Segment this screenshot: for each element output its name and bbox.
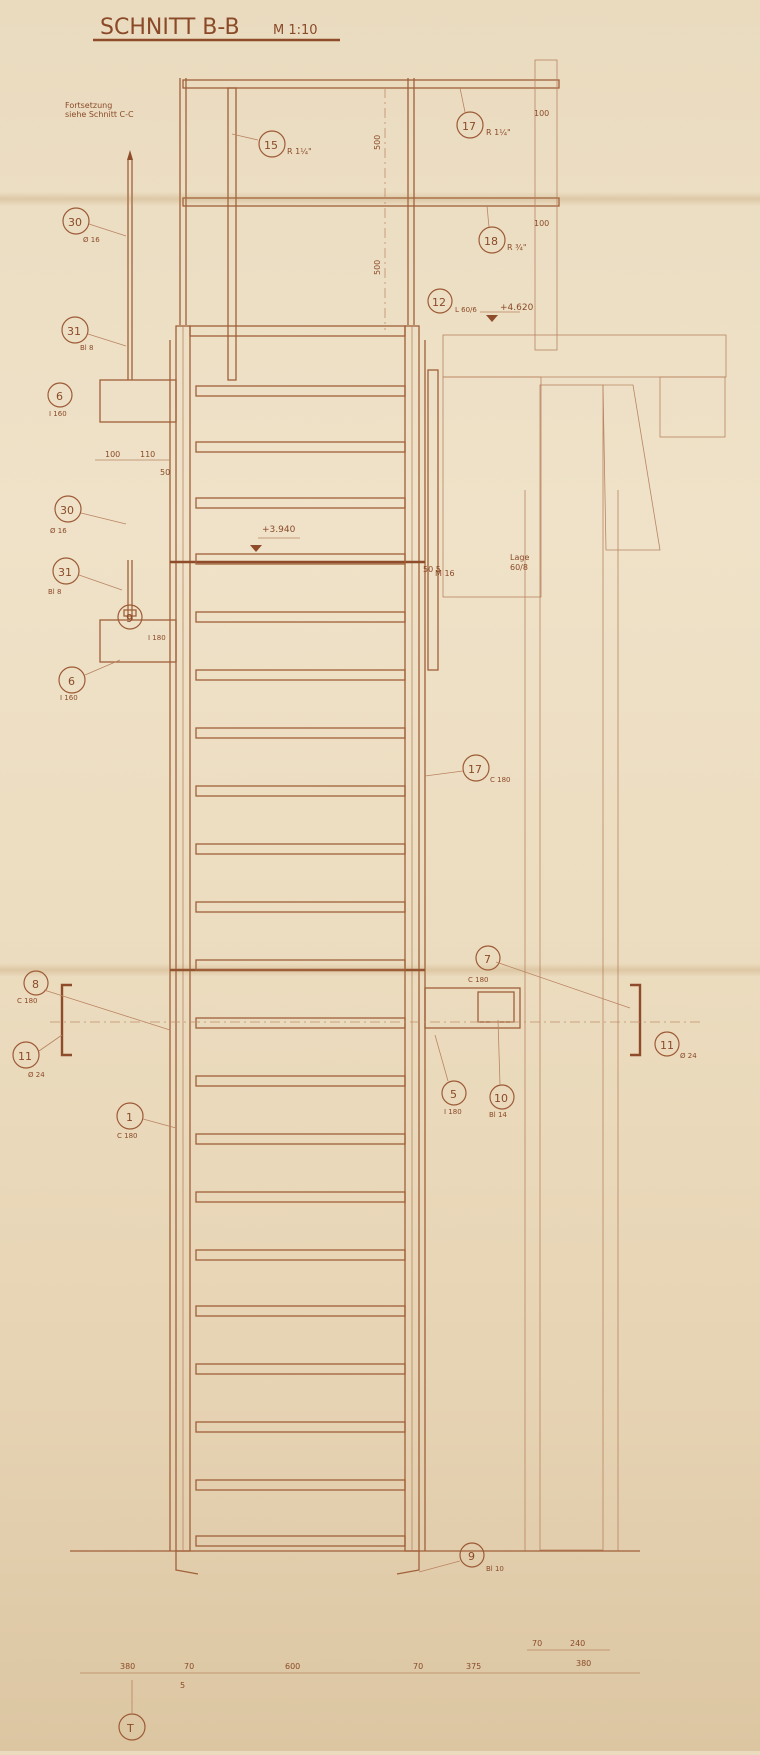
svg-text:9: 9	[126, 612, 133, 625]
svg-text:10: 10	[494, 1092, 508, 1105]
svg-text:I 160: I 160	[49, 410, 67, 418]
callout-11-right: 11Ø 24	[655, 1032, 697, 1060]
callout-1: 1C 180	[117, 1103, 143, 1140]
svg-text:100: 100	[105, 450, 120, 459]
bottom-dimensions: 380 70 600 70 375 380 5 70 240	[80, 1639, 640, 1690]
svg-text:6: 6	[56, 390, 63, 403]
paper-fold	[0, 963, 760, 977]
svg-text:11: 11	[660, 1039, 674, 1052]
svg-text:31: 31	[67, 325, 81, 338]
svg-text:siehe Schnitt C-C: siehe Schnitt C-C	[65, 110, 134, 119]
svg-text:I 180: I 180	[148, 634, 166, 642]
svg-text:C 180: C 180	[468, 976, 488, 984]
svg-text:T: T	[126, 1722, 134, 1735]
continuation-note: Fortsetzung siehe Schnitt C-C	[65, 101, 134, 119]
title-text: SCHNITT B-B	[100, 15, 240, 40]
svg-text:100: 100	[534, 219, 549, 228]
svg-text:30: 30	[60, 504, 74, 517]
callout-31-mid: 31Bl 8	[48, 558, 79, 596]
svg-text:12: 12	[432, 296, 446, 309]
callout-30-mid: 30Ø 16	[50, 496, 81, 535]
svg-text:380: 380	[120, 1662, 135, 1671]
svg-text:1: 1	[126, 1111, 133, 1124]
svg-text:Lage: Lage	[510, 553, 529, 562]
svg-text:110: 110	[140, 450, 155, 459]
svg-text:50: 50	[160, 468, 170, 477]
svg-text:9: 9	[468, 1550, 475, 1563]
callout-12: 12L 60/6	[428, 289, 477, 314]
svg-text:375: 375	[466, 1662, 481, 1671]
svg-text:70: 70	[184, 1662, 194, 1671]
svg-text:I 180: I 180	[444, 1108, 462, 1116]
drawing-title: SCHNITT B-B M 1:10	[93, 15, 340, 40]
callout-9-bottom: 9Bl 10	[460, 1543, 504, 1573]
svg-text:600: 600	[285, 1662, 300, 1671]
svg-text:380: 380	[576, 1659, 591, 1668]
paper-fold	[0, 192, 760, 206]
svg-text:Fortsetzung: Fortsetzung	[65, 101, 112, 110]
svg-text:17: 17	[462, 120, 476, 133]
svg-text:100: 100	[534, 109, 549, 118]
svg-text:50 5: 50 5	[423, 565, 441, 574]
svg-text:C 180: C 180	[117, 1132, 137, 1140]
callout-17-mid: 17C 180	[463, 755, 510, 784]
callout-5: 5I 180	[442, 1081, 466, 1116]
svg-text:Bl 14: Bl 14	[489, 1111, 507, 1119]
walls	[70, 60, 726, 1551]
svg-text:5: 5	[450, 1088, 457, 1101]
svg-text:R 1¼": R 1¼"	[287, 147, 312, 156]
svg-text:Bl 8: Bl 8	[48, 588, 61, 596]
svg-text:240: 240	[570, 1639, 585, 1648]
svg-text:C 180: C 180	[490, 776, 510, 784]
svg-text:60/8: 60/8	[510, 563, 528, 572]
svg-text:18: 18	[484, 235, 498, 248]
position-callouts: 15R 1¼" 17R 1¼" 18R ¾" 12L 60/6 30Ø 16 3…	[13, 112, 697, 1573]
callout-18: 18R ¾"	[479, 227, 527, 253]
callout-6-top: 6I 160	[48, 383, 72, 418]
dimensions: 100 100 500 500 100 110 50 50 5	[95, 109, 549, 574]
callout-17-top: 17R 1¼"	[457, 112, 511, 138]
callout-6-mid: 6I 160	[59, 667, 85, 702]
svg-text:11: 11	[18, 1050, 32, 1063]
svg-text:Ø 16: Ø 16	[50, 527, 67, 535]
svg-text:17: 17	[468, 763, 482, 776]
svg-text:L 60/6: L 60/6	[455, 306, 477, 314]
svg-text:70: 70	[413, 1662, 423, 1671]
svg-text:31: 31	[58, 566, 72, 579]
axis-marker: T	[119, 1680, 145, 1740]
svg-text:500: 500	[373, 135, 382, 150]
svg-text:Ø 16: Ø 16	[83, 236, 100, 244]
svg-text:C 180: C 180	[17, 997, 37, 1005]
svg-text:R ¾": R ¾"	[507, 243, 527, 252]
level-landing: +3.940	[262, 525, 296, 535]
svg-text:15: 15	[264, 139, 278, 152]
svg-text:30: 30	[68, 216, 82, 229]
svg-text:R 1¼": R 1¼"	[486, 128, 511, 137]
stringers	[170, 326, 425, 1574]
drawing-sheet: SCHNITT B-B M 1:10 Fortsetzung siehe Sch…	[0, 0, 760, 1751]
svg-text:70: 70	[532, 1639, 542, 1648]
svg-text:Ø 24: Ø 24	[28, 1071, 45, 1079]
svg-text:500: 500	[373, 260, 382, 275]
callout-11-left: 11Ø 24	[13, 1042, 45, 1079]
treads	[190, 326, 405, 1546]
svg-text:I 160: I 160	[60, 694, 78, 702]
callout-15: 15R 1¼"	[259, 131, 312, 157]
level-upper: +4.620	[500, 303, 534, 313]
svg-text:Ø 24: Ø 24	[680, 1052, 697, 1060]
beam-section-right	[50, 985, 700, 1055]
svg-text:8: 8	[32, 978, 39, 991]
callout-10: 10Bl 14	[489, 1085, 514, 1119]
left-beams	[100, 150, 176, 662]
svg-text:Bl 10: Bl 10	[486, 1565, 504, 1573]
svg-text:5: 5	[180, 1681, 185, 1690]
scale-text: M 1:10	[273, 23, 318, 38]
section-drawing: SCHNITT B-B M 1:10 Fortsetzung siehe Sch…	[0, 0, 760, 1751]
level-markers: +4.620 +3.940 M 16 Lage 60/8	[250, 303, 534, 578]
svg-text:6: 6	[68, 675, 75, 688]
svg-text:Bl 8: Bl 8	[80, 344, 93, 352]
